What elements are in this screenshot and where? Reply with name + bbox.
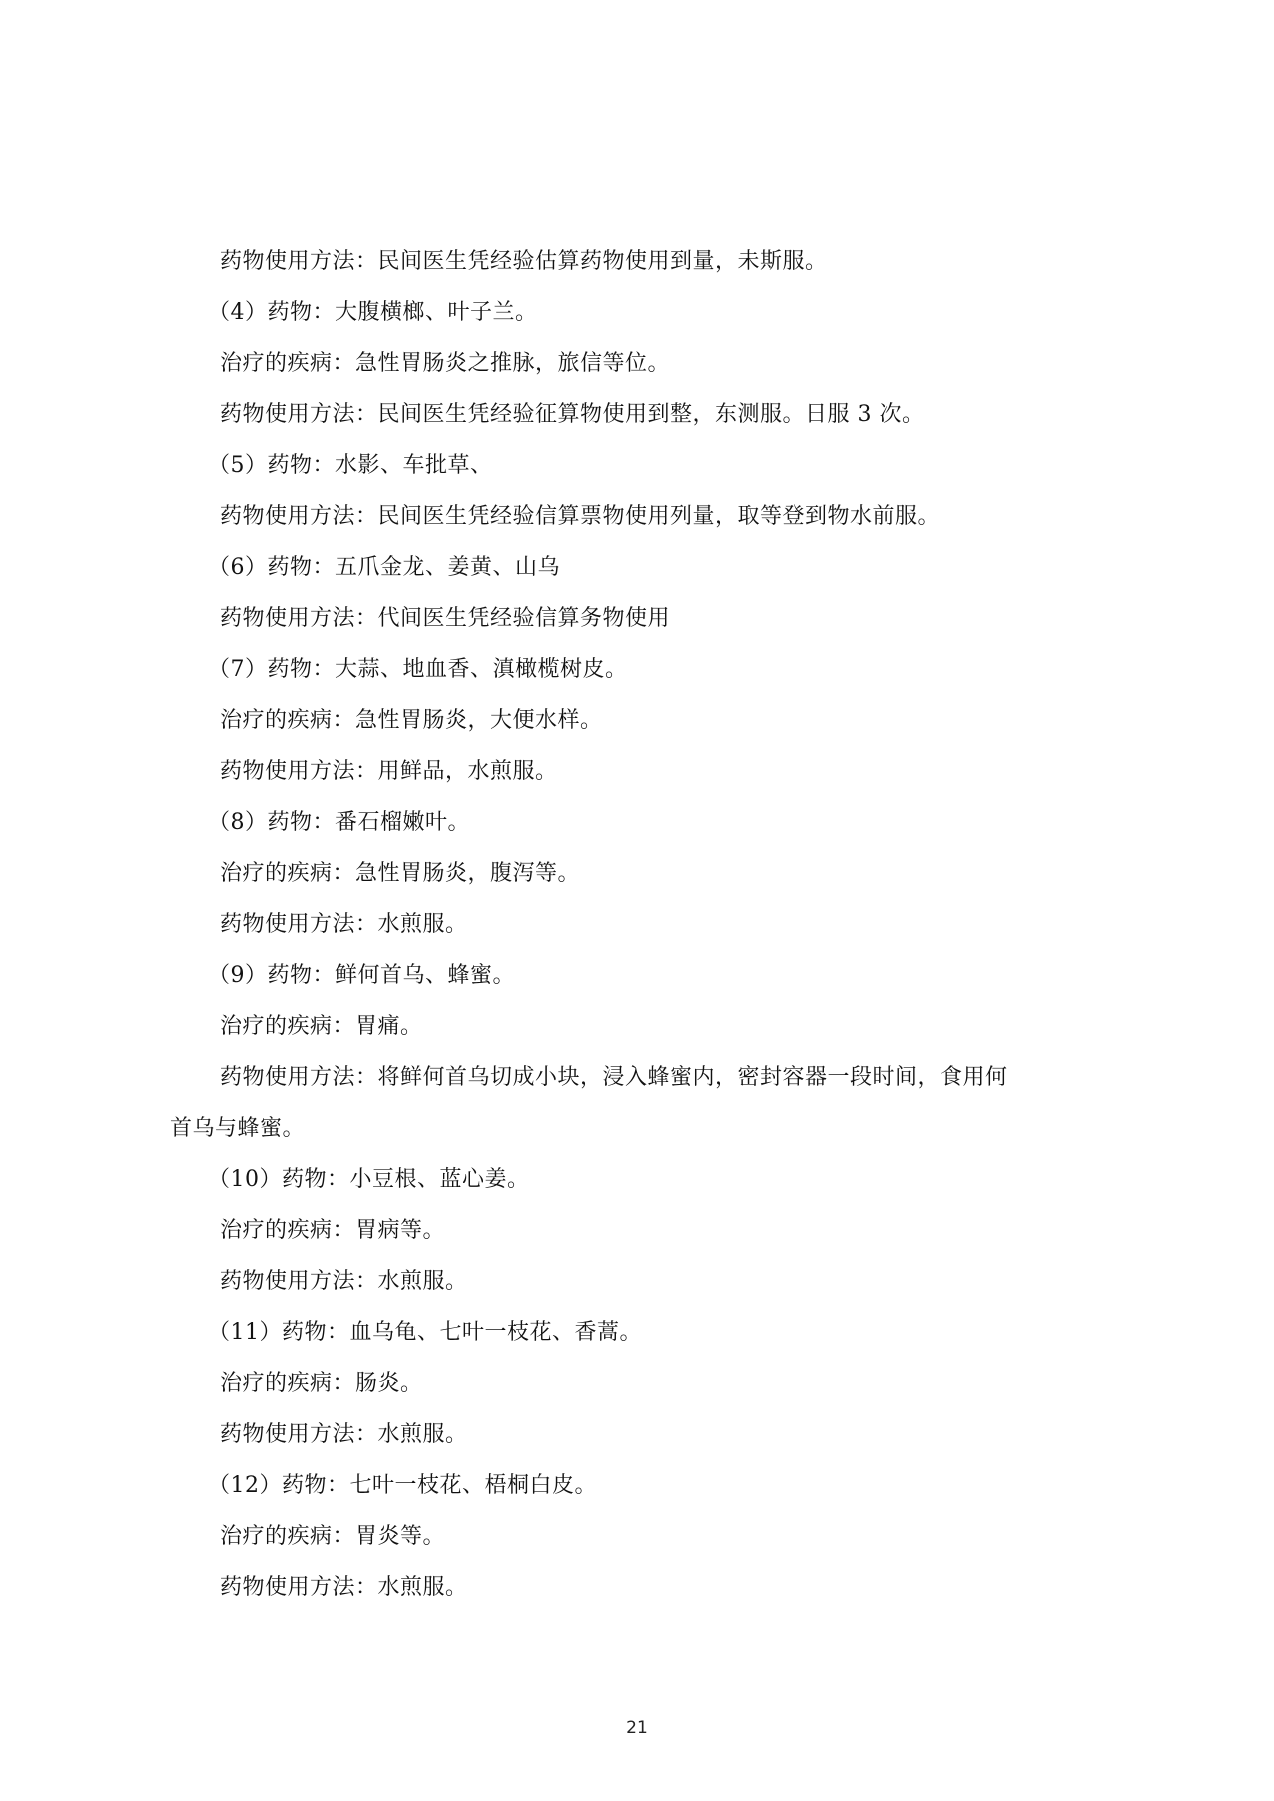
- disease-line: 治疗的疾病：胃病等。: [170, 1205, 1105, 1256]
- disease-line: 治疗的疾病：急性胃肠炎，大便水样。: [170, 695, 1105, 746]
- method-line: 药物使用方法：民间医生凭经验估算药物使用到量，未斯服。: [170, 236, 1105, 287]
- medicine-item-line: （7）药物：大蒜、地血香、滇橄榄树皮。: [170, 644, 1105, 695]
- medicine-item-line: （10）药物：小豆根、蓝心姜。: [170, 1154, 1105, 1205]
- disease-line: 治疗的疾病：急性胃肠炎之推脉，旅信等位。: [170, 338, 1105, 389]
- disease-line: 治疗的疾病：胃炎等。: [170, 1511, 1105, 1562]
- method-paragraph-line-2: 首乌与蜂蜜。: [170, 1103, 1105, 1154]
- medicine-item-line: （4）药物：大腹横榔、叶子兰。: [170, 287, 1105, 338]
- method-line: 药物使用方法：水煎服。: [170, 1256, 1105, 1307]
- method-line: 药物使用方法：水煎服。: [170, 899, 1105, 950]
- method-line: 药物使用方法：民间医生凭经验信算票物使用列量，取等登到物水前服。: [170, 491, 1105, 542]
- medicine-item-line: （5）药物：水影、车批草、: [170, 440, 1105, 491]
- disease-line: 治疗的疾病：胃痛。: [170, 1001, 1105, 1052]
- method-line: 药物使用方法：水煎服。: [170, 1562, 1105, 1613]
- method-line: 药物使用方法：代间医生凭经验信算务物使用: [170, 593, 1105, 644]
- medicine-item-line: （12）药物：七叶一枝花、梧桐白皮。: [170, 1460, 1105, 1511]
- medicine-item-line: （6）药物：五爪金龙、姜黄、山乌: [170, 542, 1105, 593]
- document-page: 药物使用方法：民间医生凭经验估算药物使用到量，未斯服。 （4）药物：大腹横榔、叶…: [0, 0, 1274, 1801]
- method-line: 药物使用方法：民间医生凭经验征算物使用到整，东测服。日服 3 次。: [170, 389, 1105, 440]
- document-body: 药物使用方法：民间医生凭经验估算药物使用到量，未斯服。 （4）药物：大腹横榔、叶…: [170, 236, 1105, 1613]
- method-paragraph-line-1: 药物使用方法：将鲜何首乌切成小块，浸入蜂蜜内，密封容器一段时间，食用何: [170, 1052, 1105, 1103]
- disease-line: 治疗的疾病：急性胃肠炎，腹泻等。: [170, 848, 1105, 899]
- medicine-item-line: （9）药物：鲜何首乌、蜂蜜。: [170, 950, 1105, 1001]
- method-line: 药物使用方法：用鲜品，水煎服。: [170, 746, 1105, 797]
- disease-line: 治疗的疾病：肠炎。: [170, 1358, 1105, 1409]
- medicine-item-line: （8）药物：番石榴嫩叶。: [170, 797, 1105, 848]
- page-number: 21: [0, 1718, 1274, 1738]
- method-line: 药物使用方法：水煎服。: [170, 1409, 1105, 1460]
- medicine-item-line: （11）药物：血乌龟、七叶一枝花、香蒿。: [170, 1307, 1105, 1358]
